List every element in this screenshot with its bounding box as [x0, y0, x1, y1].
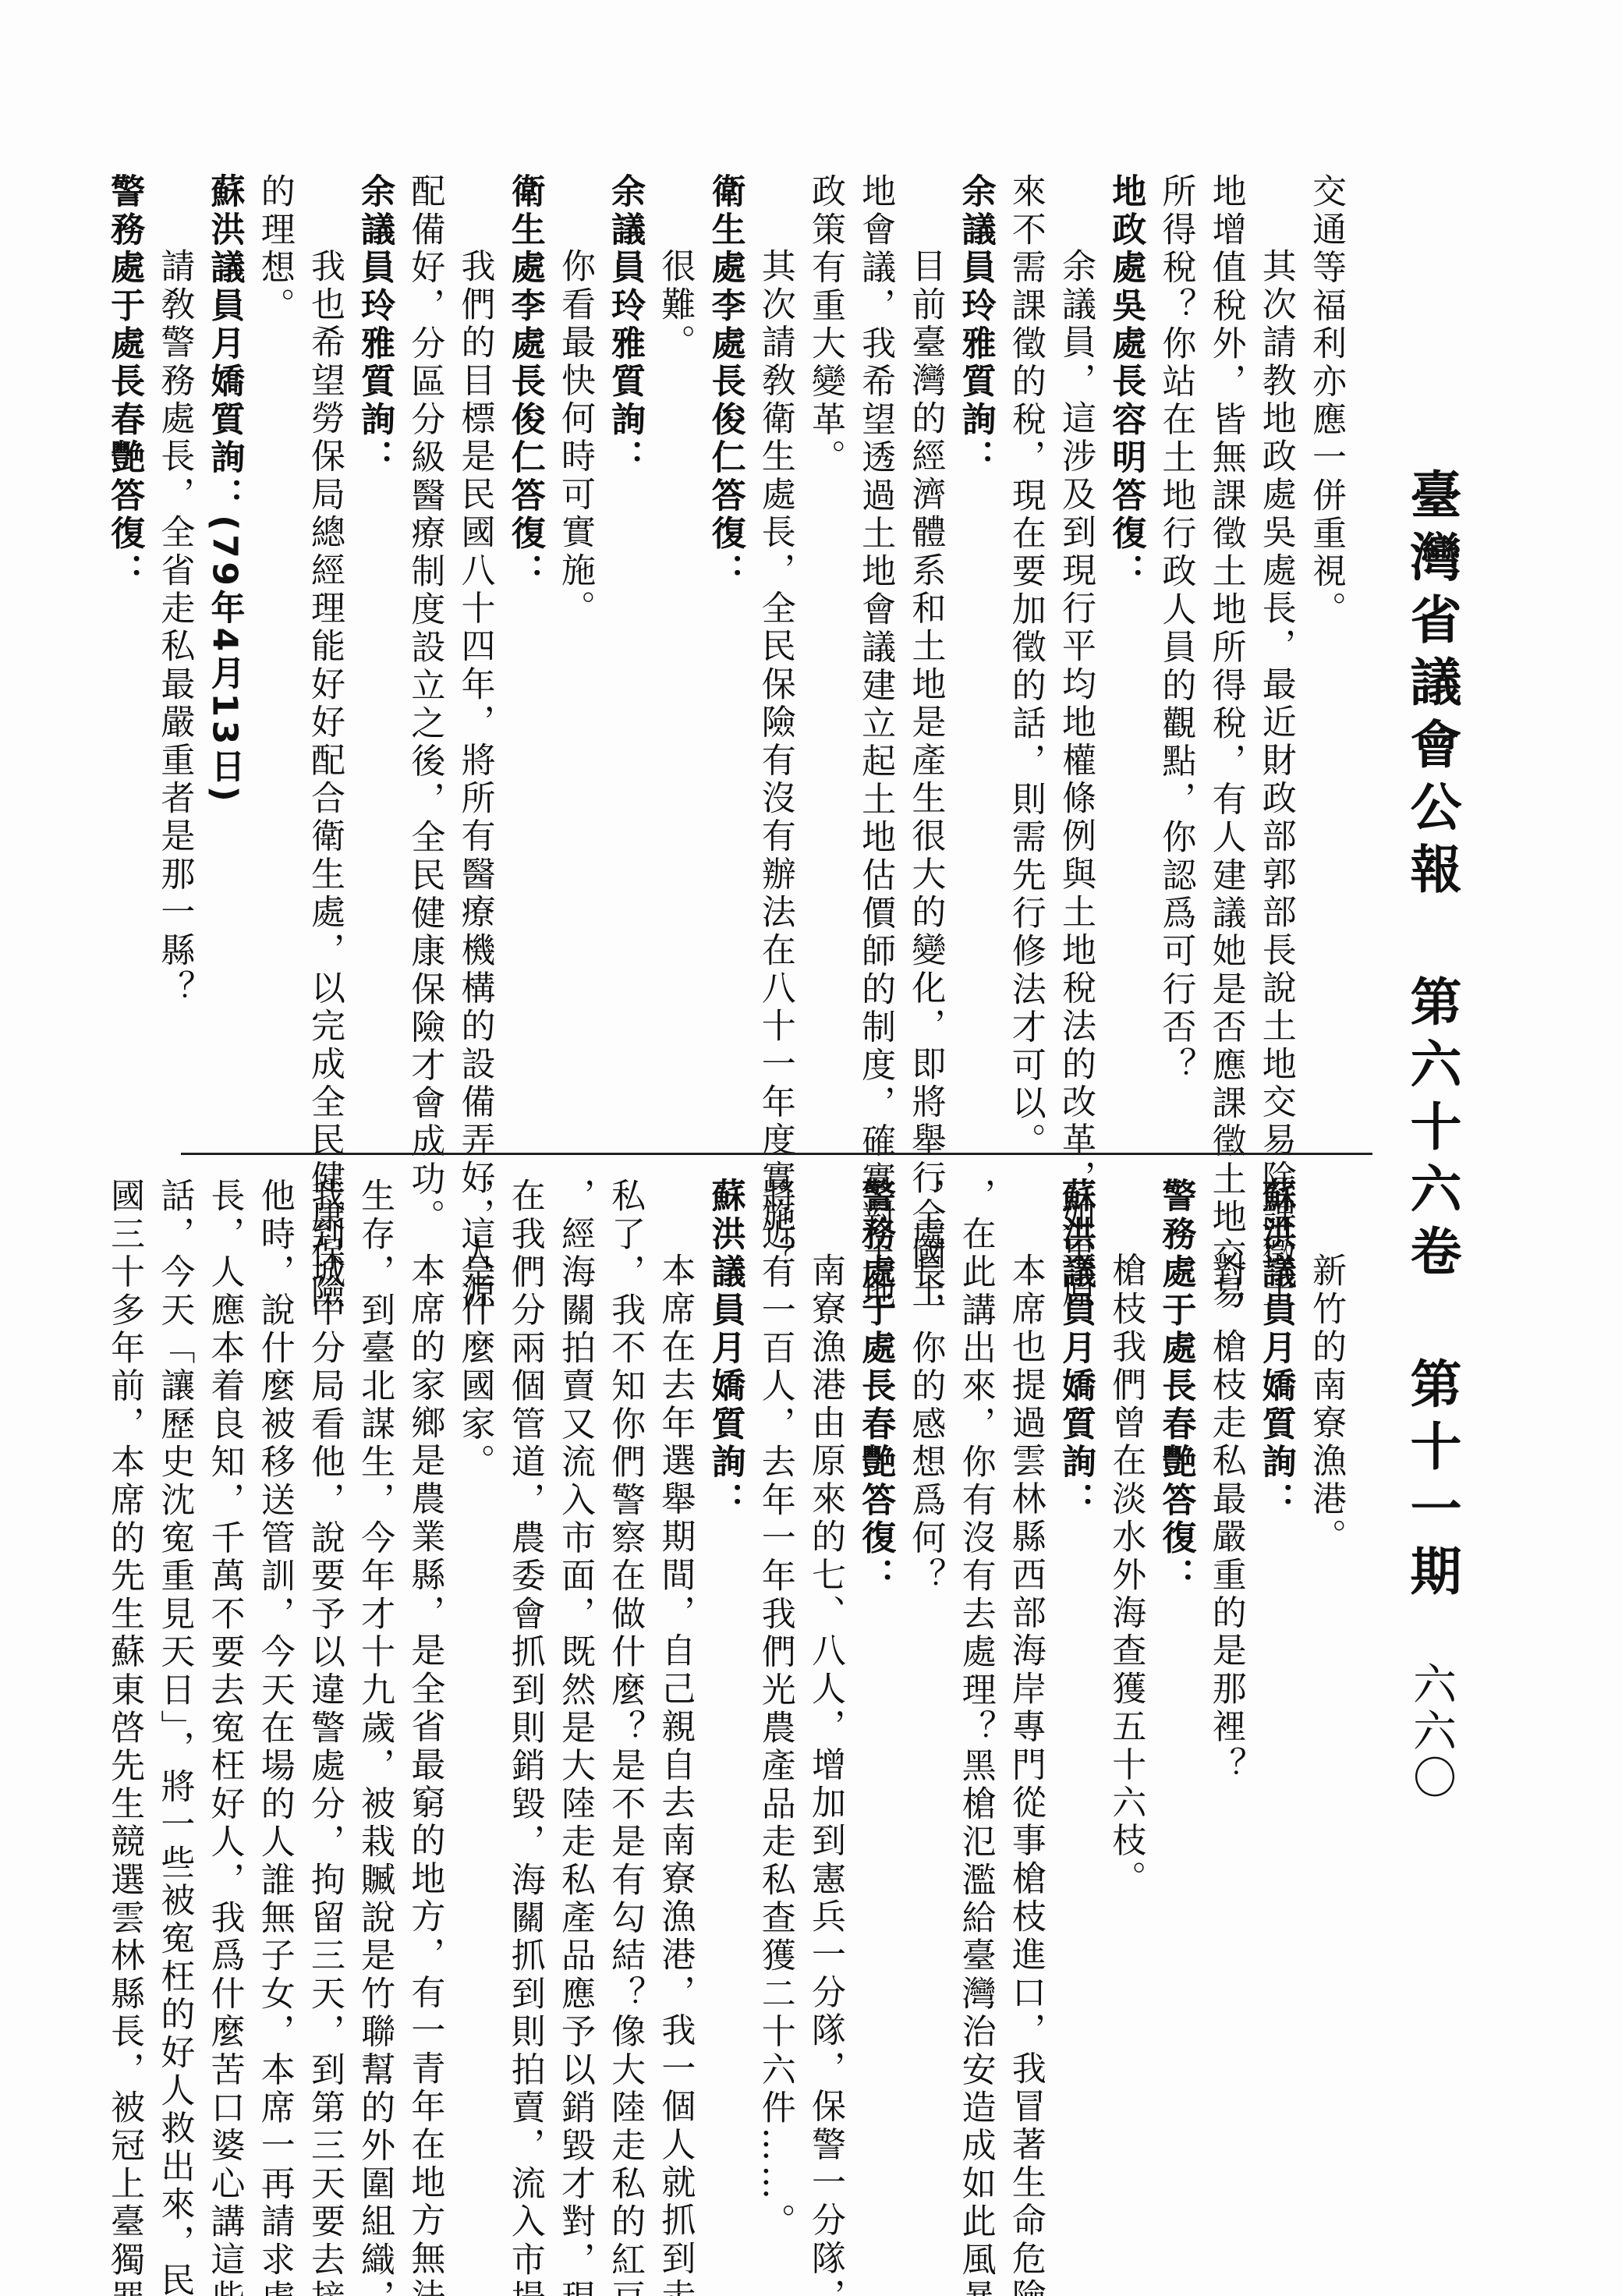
speaker-heading: 蘇洪議員月嬌質詢：(79年4月13日) [199, 173, 249, 1140]
text-line: 我也希望勞保局總經理能好好配合衛生處，以完成全民健康保險 [299, 173, 349, 1140]
bottom-text-block: 新竹的南寮漁港。蘇洪議員月嬌質詢：對，槍枝走私最嚴重的是那裡？警務處于處長春艷答… [99, 1178, 1351, 2145]
publication-header: 臺灣省議會公報第六十六卷第十一期 [1388, 468, 1474, 1607]
text-line: ，經海關拍賣又流入市面，既然是大陸走私產品應予以銷毀才對，現 [550, 1178, 600, 2145]
volume-label: 第六十六卷 [1401, 975, 1461, 1287]
speaker-heading: 余議員玲雅質詢： [950, 173, 1000, 1140]
text-line: 私了，我不知你們警察在做什麼？是不是有勾結？像大陸走私的紅豆 [600, 1178, 650, 2145]
speaker-heading: 警務處于處長春艷答復： [99, 173, 149, 1140]
text-line: 配備好，分區分級醫療制度設立之後，全民健康保險才會成功。 [399, 173, 449, 1140]
section-divider [181, 1153, 1372, 1155]
page-number: 六六〇 [1396, 1661, 1466, 1802]
text-line: 我到城中分局看他，說要予以違警處分，拘留三天，到第三天要去接 [299, 1178, 349, 2145]
text-line: ，在此講出來，你有沒有去處理？黑槍氾濫給臺灣治安造成如此風暴 [950, 1178, 1000, 2145]
text-line: 本席的家鄉是農業縣，是全省最窮的地方，有一青年在地方無法 [399, 1178, 449, 2145]
text-line: 請敎警務處長，全省走私最嚴重者是那一縣？ [149, 173, 199, 1140]
text-line: 在我們分兩個管道，農委會抓到則銷毀，海關抓到則拍賣，流入市場 [500, 1178, 550, 2145]
text-line: 生存，到臺北謀生，今年才十九歲，被栽贓說是竹聯幫的外圍組織， [349, 1178, 399, 2145]
issue-label: 第十一期 [1401, 1357, 1461, 1607]
text-line: 目前臺灣的經濟體系和土地是產生很大的變化，即將舉行全國土 [900, 173, 950, 1140]
text-line: 槍枝我們曾在淡水外海查獲五十六枝。 [1100, 1178, 1150, 2145]
text-line: 國三十多年前，本席的先生蘇東啓先生競選雲林縣長，被冠上臺獨罪 [99, 1178, 149, 2145]
speaker-heading: 蘇洪議員月嬌質詢： [1251, 1178, 1301, 2145]
text-line: 交通等福利亦應一併重視。 [1301, 173, 1351, 1140]
text-line: 他時，說什麼被移送管訓，今天在場的人誰無子女，本席一再請求處 [250, 1178, 299, 2145]
speaker-heading: 蘇洪議員月嬌質詢： [699, 1178, 749, 2145]
text-line: 將近有一百人，去年一年我們光農產品走私查獲二十六件……。 [750, 1178, 800, 2145]
text-line: 南寮漁港由原來的七、八人，增加到憲兵一分隊，保警一分隊， [800, 1178, 850, 2145]
text-line: 對，槍枝走私最嚴重的是那裡？ [1200, 1178, 1250, 2145]
top-text-block: 交通等福利亦應一併重視。其次請教地政處吳處長，最近財政部郭部長說土地交易除課徵土… [99, 173, 1351, 1140]
speaker-heading: 余議員玲雅質詢： [349, 173, 399, 1140]
text-line: 其次請教地政處吳處長，最近財政部郭部長說土地交易除課徵土 [1251, 173, 1301, 1140]
text-line: 我們的目標是民國八十四年，將所有醫療機構的設備弄好，人源 [449, 173, 499, 1140]
text-line: 地增值稅外，皆無課徵土地所得稅，有人建議她是否應課徵土地交易 [1200, 173, 1250, 1140]
text-line: 很難。 [650, 173, 699, 1140]
text-line: 本席也提過雲林縣西部海岸專門從事槍枝進口，我冒著生命危險 [1000, 1178, 1050, 2145]
text-line: 新竹的南寮漁港。 [1301, 1178, 1351, 2145]
speaker-heading: 蘇洪議員月嬌質詢： [1050, 1178, 1100, 2145]
text-line: 其次請敎衛生處長，全民保險有沒有辦法在八十一年度實施？ [750, 173, 800, 1140]
text-line: 所得稅？你站在土地行政人員的觀點，你認爲可行否？ [1150, 173, 1200, 1140]
speaker-heading: 余議員玲雅質詢： [600, 173, 650, 1140]
speaker-heading: 衛生處李處長俊仁答復： [500, 173, 550, 1140]
text-line: 話，今天「讓歷史沈寃重見天日」，將一些被寃枉的好人救出來，民 [149, 1178, 199, 2145]
speaker-heading: 地政處吳處長容明答復： [1100, 173, 1150, 1140]
text-line: 的理想。 [250, 173, 299, 1140]
text-line: ，處長，你的感想爲何？ [900, 1178, 950, 2145]
text-line: 政策有重大變革。 [800, 173, 850, 1140]
text-line: 余議員，這涉及到現行平均地權條例與土地稅法的改革，如果原 [1050, 173, 1100, 1140]
speaker-heading: 警務處于處長春艷答復： [1150, 1178, 1200, 2145]
text-line: 本席在去年選舉期間，自己親自去南寮漁港，我一個人就抓到走 [650, 1178, 699, 2145]
text-line: ，這是什麼國家。 [449, 1178, 499, 2145]
speaker-heading: 衛生處李處長俊仁答復： [699, 173, 749, 1140]
text-line: 長，人應本着良知，千萬不要去寃枉好人，我爲什麼苦口婆心講這些 [199, 1178, 249, 2145]
text-line: 你看最快何時可實施。 [550, 173, 600, 1140]
publication-title: 臺灣省議會公報 [1401, 468, 1461, 905]
speaker-heading: 警務處于處長春艷答復： [850, 1178, 900, 2145]
text-line: 地會議，我希望透過土地會議建立起土地估價師的制度，確實對土地 [850, 173, 900, 1140]
text-line: 來不需課徵的稅，現在要加徵的話，則需先行修法才可以。 [1000, 173, 1050, 1140]
